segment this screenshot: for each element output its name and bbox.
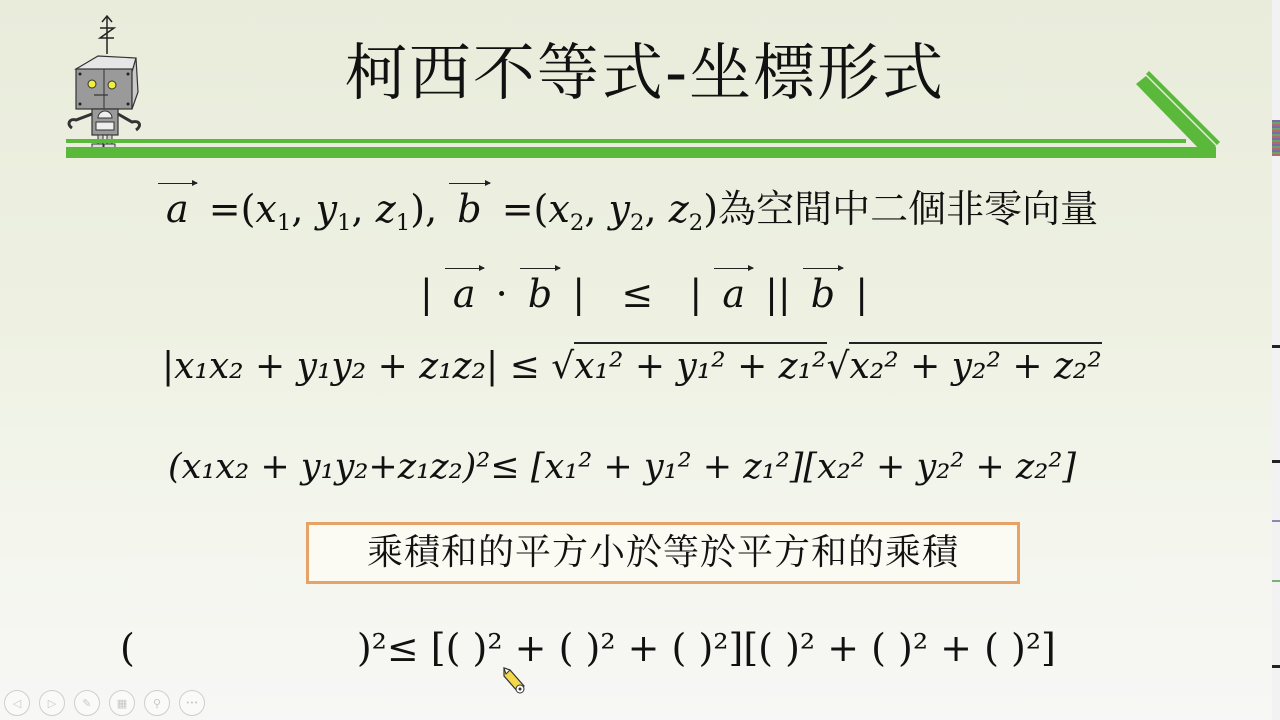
next-icon: ▷ — [48, 697, 56, 710]
adjacent-window-edge — [1272, 0, 1280, 720]
fill-in-template: ()²≤ [( )² + ( )² + ( )²][( )² + ( )² + … — [120, 626, 1056, 670]
magnifier-icon: ⚲ — [153, 697, 161, 710]
cauchy-vector-inequality: | a · b | ≤ | a || b | — [420, 272, 868, 316]
pen-tool-button[interactable]: ✎ — [74, 690, 100, 716]
slide-title: 柯西不等式-坐標形式 — [300, 28, 990, 118]
more-icon: ••• — [186, 699, 198, 707]
arrow-chevron-icon — [1130, 70, 1220, 160]
title-underline-thin — [66, 139, 1186, 143]
next-slide-button[interactable]: ▷ — [39, 690, 65, 716]
vector-definition: a =(x1, y1, z1), b =(x2, y2, z2)為空間中二個非零… — [158, 178, 1098, 236]
vector-b: b — [449, 187, 489, 231]
pen-icon: ✎ — [82, 697, 91, 710]
vector-a: a — [158, 187, 197, 231]
slide: 柯西不等式-坐標形式 a =(x1, y1, z1), b =(x2, y2, … — [0, 0, 1240, 720]
previous-slide-button[interactable]: ◁ — [4, 690, 30, 716]
vector-definition-text: 為空間中二個非零向量 — [718, 187, 1098, 231]
previous-icon: ◁ — [13, 697, 21, 710]
square-root-1: √x₁² + y₁² + z₁² — [551, 346, 826, 387]
title-underline-thick — [66, 147, 1216, 158]
square-root-2: √x₂² + y₂² + z₂² — [827, 346, 1102, 387]
pen-cursor-icon — [502, 666, 528, 696]
robot-mascot-icon — [62, 14, 152, 154]
slideshow-toolbar: ◁ ▷ ✎ ▦ ⚲ ••• — [4, 690, 205, 716]
more-options-button[interactable]: ••• — [179, 690, 205, 716]
zoom-button[interactable]: ⚲ — [144, 690, 170, 716]
cauchy-coordinate-inequality: |x₁x₂ + y₁y₂ + z₁z₂| ≤ √x₁² + y₁² + z₁²√… — [162, 346, 1102, 387]
slides-grid-icon: ▦ — [117, 697, 127, 710]
see-all-slides-button[interactable]: ▦ — [109, 690, 135, 716]
cauchy-squared-form: (x₁x₂ + y₁y₂+z₁z₂)²≤ [x₁² + y₁² + z₁²][x… — [168, 447, 1076, 487]
callout-box: 乘積和的平方小於等於平方和的乘積 — [306, 522, 1020, 584]
